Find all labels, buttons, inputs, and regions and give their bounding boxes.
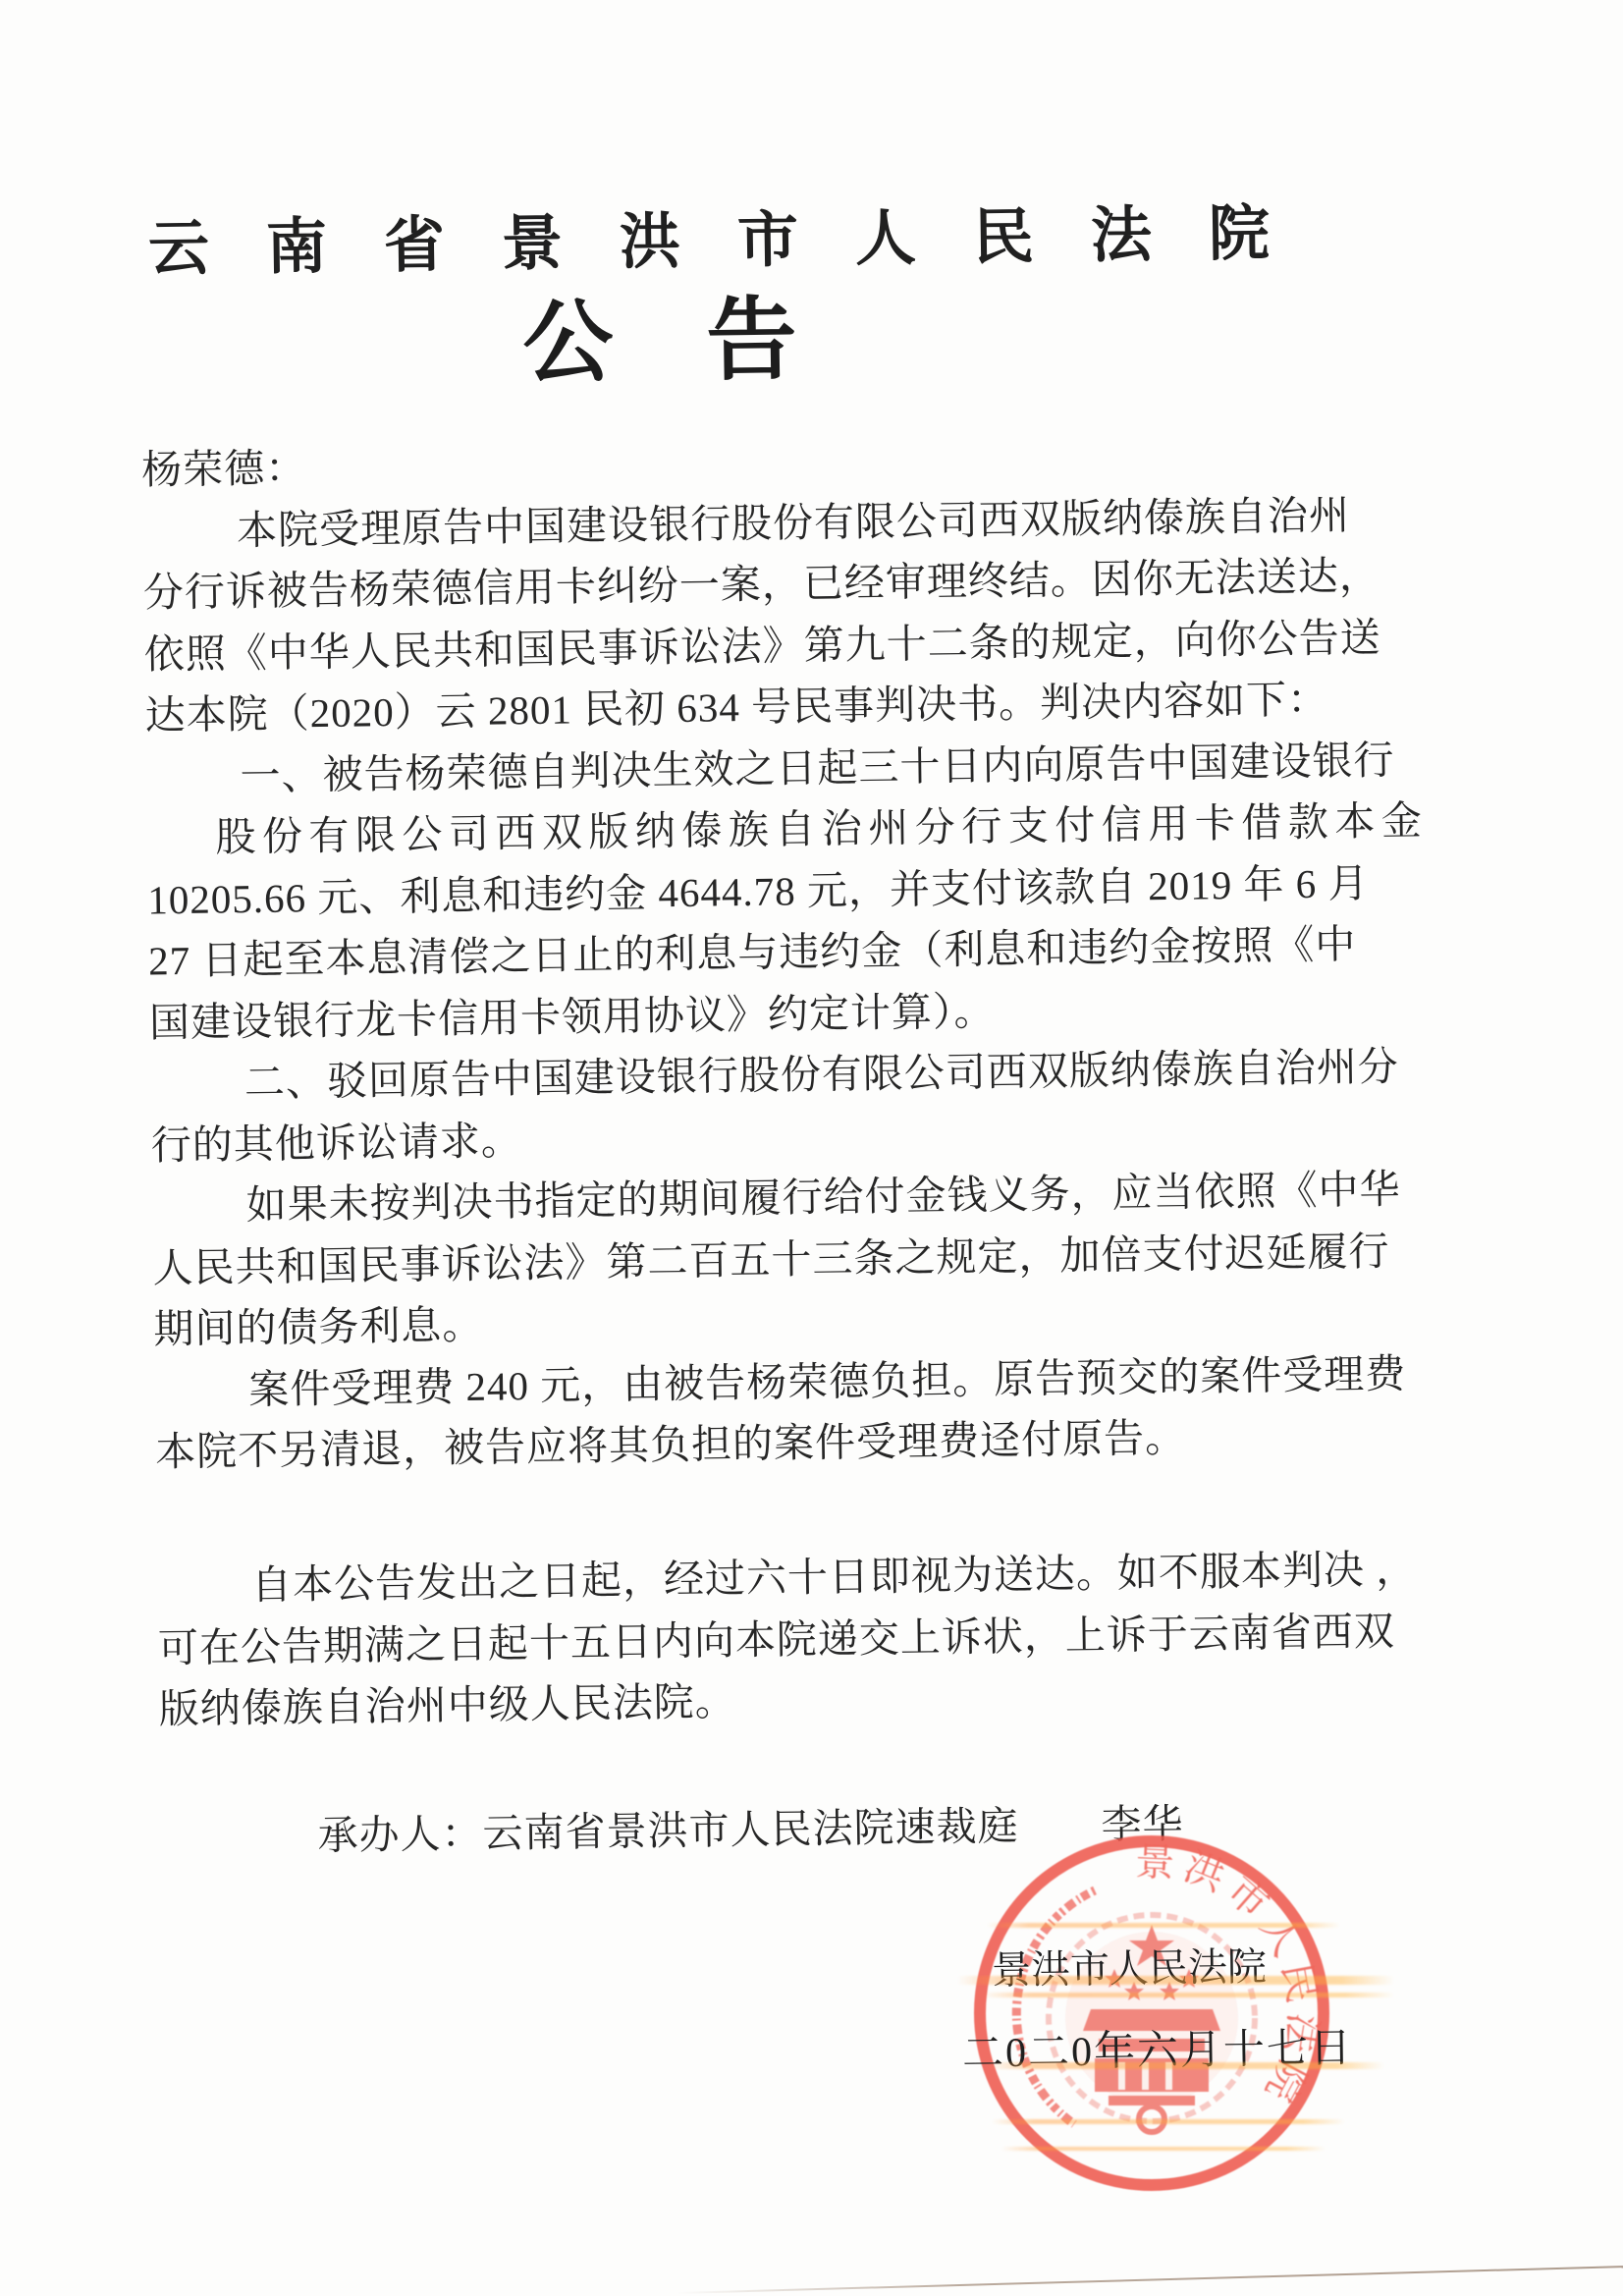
seal-date: 二0二0年六月十七日 bbox=[962, 2026, 1354, 2077]
scan-streak bbox=[987, 2062, 1384, 2069]
seal-court-name: 景洪市人民法院 bbox=[992, 1945, 1268, 1993]
scanned-court-notice-page: { "page": { "title": "云南省景洪市人民法院", "subt… bbox=[0, 0, 1623, 2296]
scan-line-artifact bbox=[677, 2266, 1623, 2294]
scan-streak bbox=[982, 1993, 1394, 1997]
notice-subtitle: 公告 bbox=[522, 292, 891, 391]
notice-body: 杨荣德：本院受理原告中国建设银行股份有限公司西双版纳傣族自治州分行诉被告杨荣德信… bbox=[141, 422, 1418, 1869]
document-content: 云南省景洪市人民法院 公告 杨荣德：本院受理原告中国建设银行股份有限公司西双版纳… bbox=[108, 157, 1527, 1944]
scan-streak bbox=[992, 2119, 1345, 2124]
scan-streak bbox=[987, 1923, 1340, 1928]
court-seal: 景洪市人民法院 bbox=[965, 1827, 1338, 2200]
scan-streak bbox=[957, 1976, 1394, 1985]
scan-streak bbox=[1001, 2147, 1325, 2151]
page-title: 云南省景洪市人民法院 bbox=[148, 201, 1308, 282]
